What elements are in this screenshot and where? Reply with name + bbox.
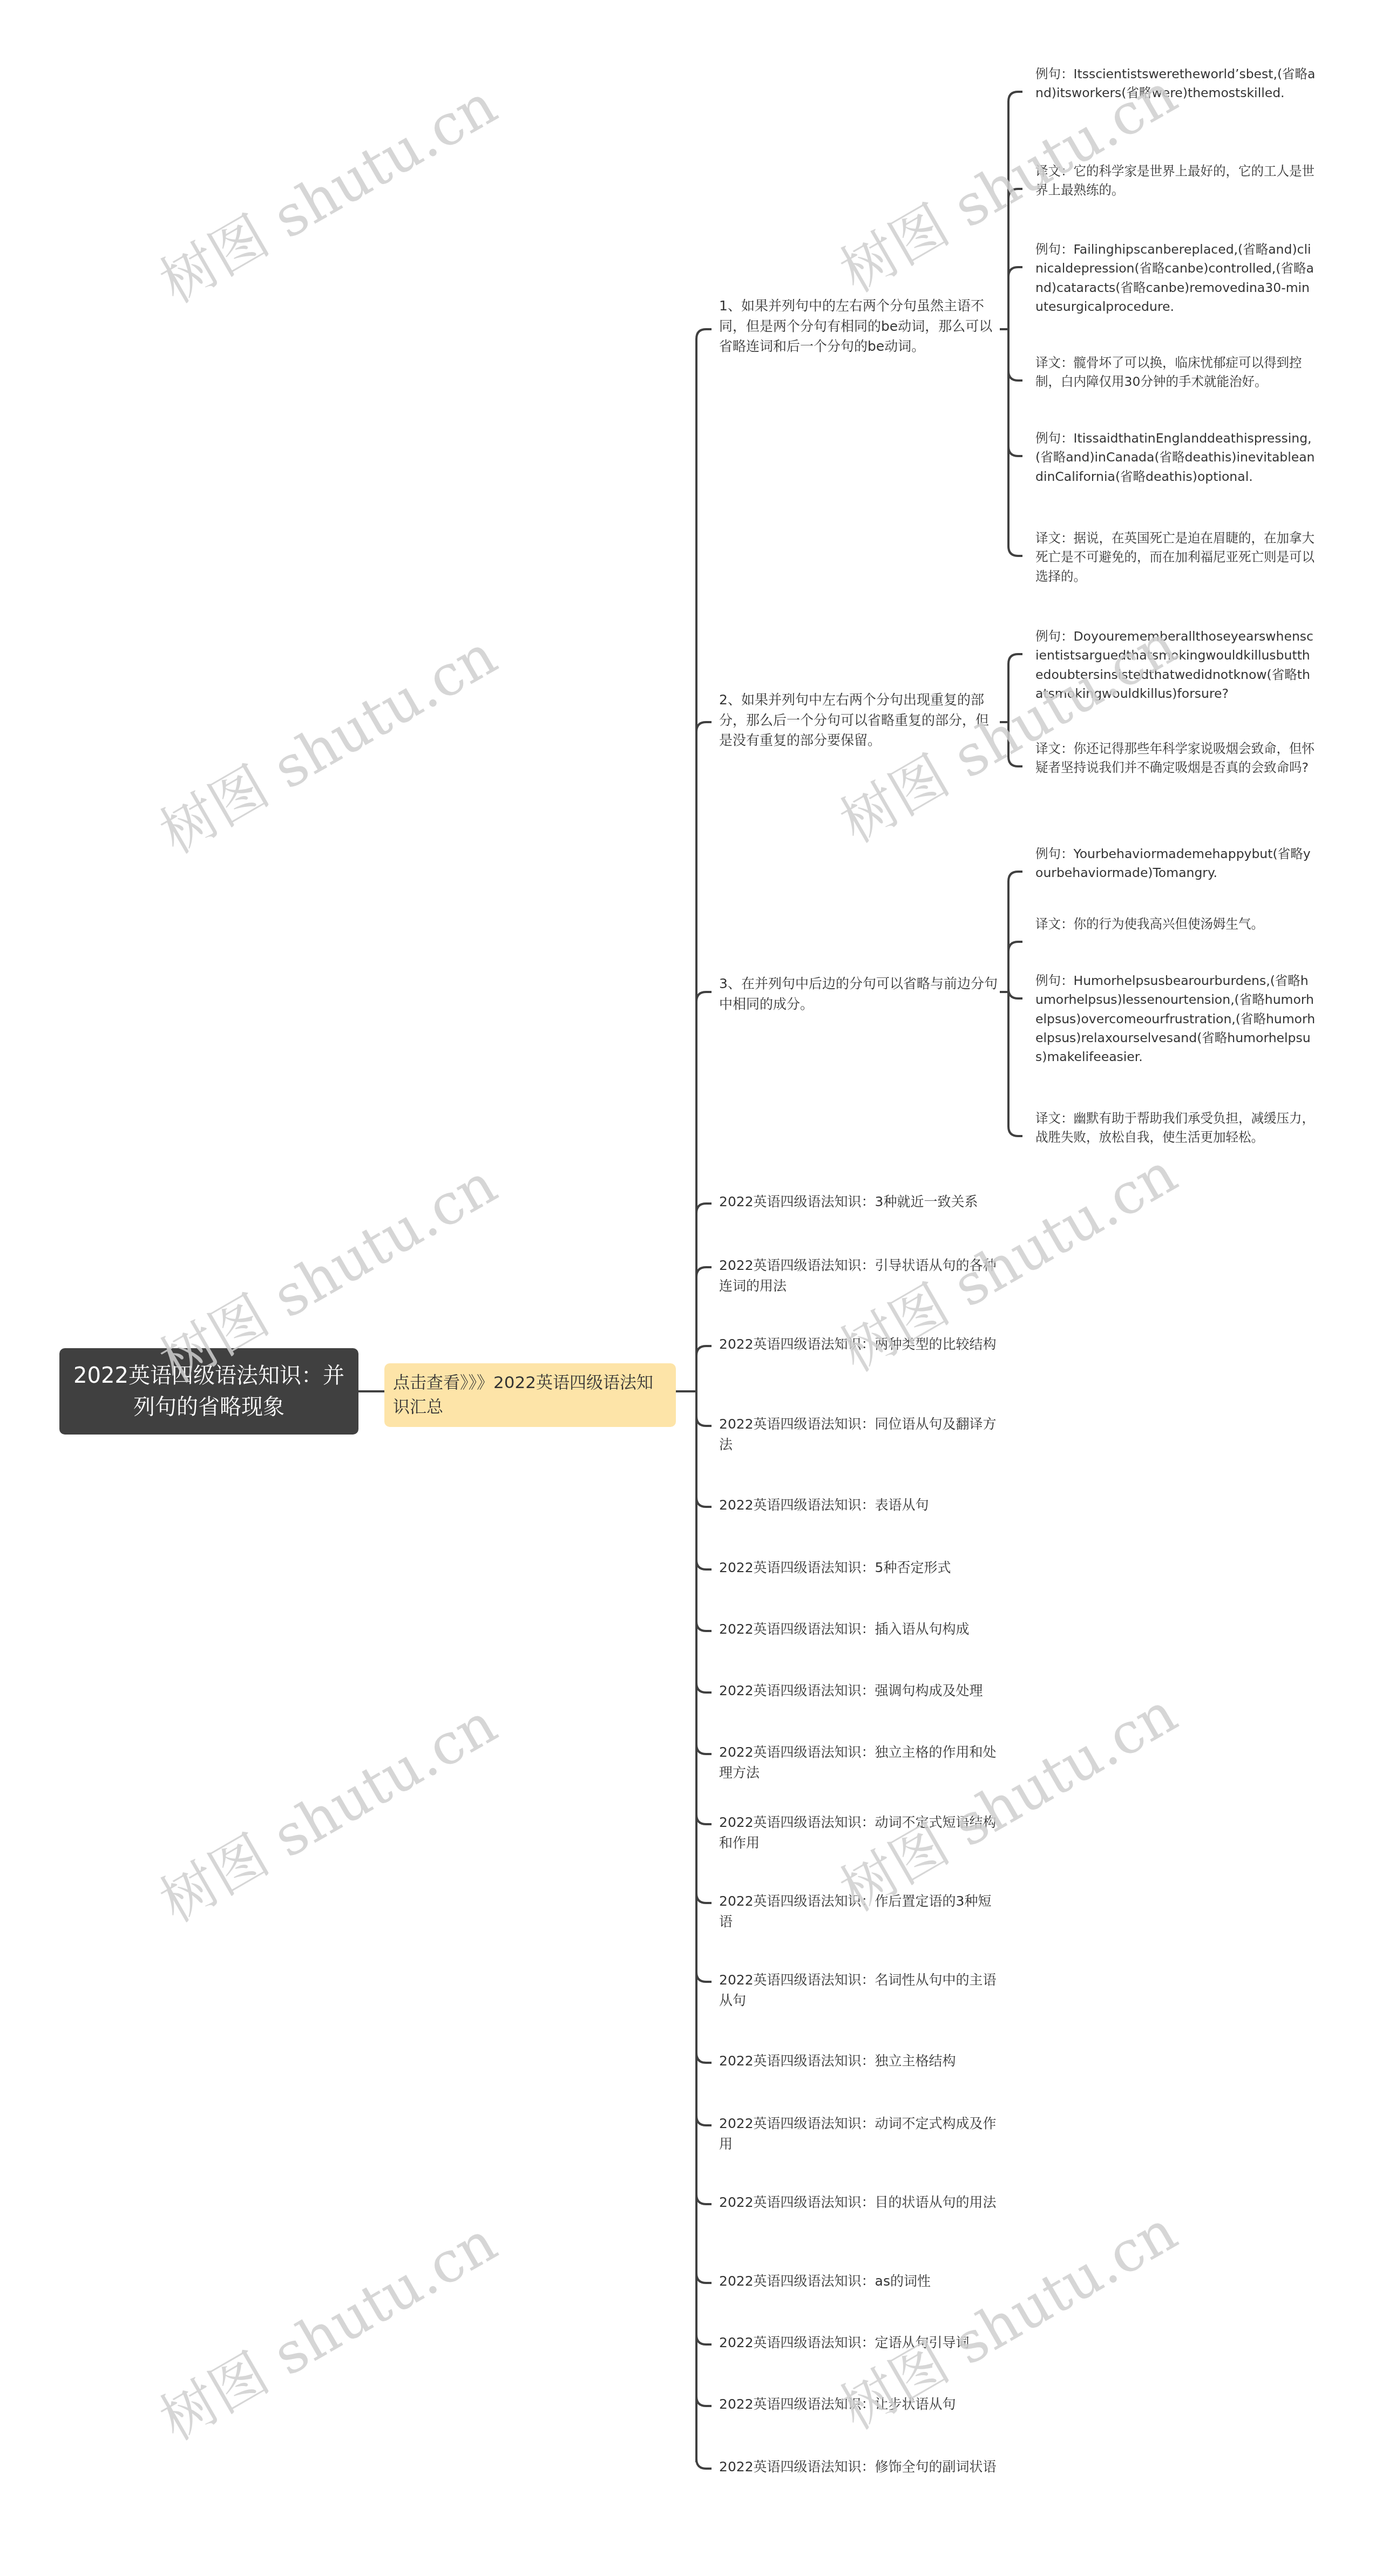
watermark: 树图 shutu.cn <box>143 1680 509 1938</box>
related-link-19-text: 2022英语四级语法知识：修饰全句的副词状语 <box>719 2459 997 2475</box>
related-link-13[interactable]: 2022英语四级语法知识：独立主格结构 <box>719 2051 1000 2071</box>
related-link-3-text: 2022英语四级语法知识：两种类型的比较结构 <box>719 1336 997 1352</box>
related-link-19[interactable]: 2022英语四级语法知识：修饰全句的副词状语 <box>719 2457 1000 2477</box>
hub-node-summary-link[interactable]: 点击查看》》》2022英语四级语法知识汇总 <box>384 1363 676 1427</box>
related-link-1[interactable]: 2022英语四级语法知识：3种就近一致关系 <box>719 1192 1000 1212</box>
rule-node-1[interactable]: 1、如果并列句中的左右两个分句虽然主语不同，但是两个分句有相同的be动词，那么可… <box>719 296 1000 357</box>
example-node-3-4-text: 译文：幽默有助于帮助我们承受负担，减缓压力，战胜失败，放松自我，使生活更加轻松。 <box>1035 1111 1315 1145</box>
related-link-8[interactable]: 2022英语四级语法知识：强调句构成及处理 <box>719 1681 1000 1701</box>
example-node-3-1[interactable]: 例句：Yourbehaviormademehappybut(省略yourbeha… <box>1035 845 1316 883</box>
related-link-15-text: 2022英语四级语法知识：目的状语从句的用法 <box>719 2194 997 2210</box>
related-link-5[interactable]: 2022英语四级语法知识：表语从句 <box>719 1495 1000 1515</box>
related-link-6-text: 2022英语四级语法知识：5种否定形式 <box>719 1560 951 1575</box>
related-link-8-text: 2022英语四级语法知识：强调句构成及处理 <box>719 1683 983 1698</box>
related-link-13-text: 2022英语四级语法知识：独立主格结构 <box>719 2053 956 2069</box>
related-link-10[interactable]: 2022英语四级语法知识：动词不定式短语结构和作用 <box>719 1812 1000 1853</box>
example-node-1-5[interactable]: 例句：ItissaidthatinEnglanddeathispressing,… <box>1035 429 1316 486</box>
root-node[interactable]: 2022英语四级语法知识：并列句的省略现象 <box>59 1348 358 1435</box>
example-node-1-6[interactable]: 译文：据说，在英国死亡是迫在眉睫的，在加拿大死亡是不可避免的，而在加利福尼亚死亡… <box>1035 529 1316 586</box>
related-link-16[interactable]: 2022英语四级语法知识：as的词性 <box>719 2271 1000 2292</box>
related-link-9[interactable]: 2022英语四级语法知识：独立主格的作用和处理方法 <box>719 1742 1000 1783</box>
watermark: 树图 shutu.cn <box>143 611 509 869</box>
related-link-7-text: 2022英语四级语法知识：插入语从句构成 <box>719 1621 970 1637</box>
related-link-6[interactable]: 2022英语四级语法知识：5种否定形式 <box>719 1558 1000 1578</box>
example-node-3-2-text: 译文：你的行为使我高兴但使汤姆生气。 <box>1035 916 1264 932</box>
example-node-1-2-text: 译文：它的科学家是世界上最好的，它的工人是世界上最熟练的。 <box>1035 164 1315 198</box>
related-link-18-text: 2022英语四级语法知识：让步状语从句 <box>719 2396 956 2412</box>
example-node-3-3-text: 例句：Humorhelpsusbearourburdens,(省略humorhe… <box>1035 973 1315 1064</box>
example-node-2-2[interactable]: 译文：你还记得那些年科学家说吸烟会致命，但怀疑者坚持说我们并不确定吸烟是否真的会… <box>1035 739 1316 778</box>
example-node-3-2[interactable]: 译文：你的行为使我高兴但使汤姆生气。 <box>1035 915 1316 934</box>
example-node-1-5-text: 例句：ItissaidthatinEnglanddeathispressing,… <box>1035 431 1315 484</box>
watermark: 树图 shutu.cn <box>143 60 509 318</box>
related-link-12[interactable]: 2022英语四级语法知识：名词性从句中的主语从句 <box>719 1970 1000 2010</box>
related-link-7[interactable]: 2022英语四级语法知识：插入语从句构成 <box>719 1619 1000 1640</box>
rule-node-1-text: 1、如果并列句中的左右两个分句虽然主语不同，但是两个分句有相同的be动词，那么可… <box>719 298 992 354</box>
related-link-4-text: 2022英语四级语法知识：同位语从句及翻译方法 <box>719 1416 997 1452</box>
example-node-1-3[interactable]: 例句：Failinghipscanbereplaced,(省略and)clini… <box>1035 240 1316 316</box>
example-node-1-4-text: 译文：髋骨坏了可以换，临床忧郁症可以得到控制，白内障仅用30分钟的手术就能治好。 <box>1035 355 1302 389</box>
related-link-11[interactable]: 2022英语四级语法知识：作后置定语的3种短语 <box>719 1891 1000 1932</box>
example-node-1-6-text: 译文：据说，在英国死亡是迫在眉睫的，在加拿大死亡是不可避免的，而在加利福尼亚死亡… <box>1035 531 1315 584</box>
mind-map-canvas: 2022英语四级语法知识：并列句的省略现象 点击查看》》》2022英语四级语法知… <box>0 0 1382 2576</box>
hub-label: 点击查看》》》2022英语四级语法知识汇总 <box>393 1373 653 1417</box>
related-link-15[interactable]: 2022英语四级语法知识：目的状语从句的用法 <box>719 2192 1000 2213</box>
related-link-10-text: 2022英语四级语法知识：动词不定式短语结构和作用 <box>719 1814 997 1851</box>
watermark: 树图 shutu.cn <box>143 2198 509 2456</box>
related-link-14[interactable]: 2022英语四级语法知识：动词不定式构成及作用 <box>719 2113 1000 2154</box>
related-link-2[interactable]: 2022英语四级语法知识：引导状语从句的各种连词的用法 <box>719 1255 1000 1296</box>
related-link-12-text: 2022英语四级语法知识：名词性从句中的主语从句 <box>719 1972 997 2008</box>
example-node-2-1[interactable]: 例句：Doyourememberallthoseyearswhenscienti… <box>1035 627 1316 703</box>
root-title: 2022英语四级语法知识：并列句的省略现象 <box>72 1360 345 1423</box>
related-link-16-text: 2022英语四级语法知识：as的词性 <box>719 2273 931 2289</box>
related-link-18[interactable]: 2022英语四级语法知识：让步状语从句 <box>719 2394 1000 2415</box>
related-link-1-text: 2022英语四级语法知识：3种就近一致关系 <box>719 1194 978 1209</box>
example-node-1-1[interactable]: 例句：Itsscientistsweretheworld’sbest,(省略an… <box>1035 65 1316 103</box>
related-link-14-text: 2022英语四级语法知识：动词不定式构成及作用 <box>719 2116 997 2152</box>
example-node-1-1-text: 例句：Itsscientistsweretheworld’sbest,(省略an… <box>1035 66 1316 100</box>
related-link-9-text: 2022英语四级语法知识：独立主格的作用和处理方法 <box>719 1744 997 1780</box>
related-link-17[interactable]: 2022英语四级语法知识：定语从句引导词 <box>719 2333 1000 2353</box>
example-node-1-4[interactable]: 译文：髋骨坏了可以换，临床忧郁症可以得到控制，白内障仅用30分钟的手术就能治好。 <box>1035 354 1316 392</box>
related-link-4[interactable]: 2022英语四级语法知识：同位语从句及翻译方法 <box>719 1414 1000 1454</box>
related-link-5-text: 2022英语四级语法知识：表语从句 <box>719 1497 929 1513</box>
related-link-11-text: 2022英语四级语法知识：作后置定语的3种短语 <box>719 1893 992 1929</box>
watermark: 树图 shutu.cn <box>823 1669 1189 1927</box>
rule-node-2[interactable]: 2、如果并列句中左右两个分句出现重复的部分，那么后一个分句可以省略重复的部分，但… <box>719 690 1000 751</box>
example-node-3-3[interactable]: 例句：Humorhelpsusbearourburdens,(省略humorhe… <box>1035 971 1316 1066</box>
example-node-1-2[interactable]: 译文：它的科学家是世界上最好的，它的工人是世界上最熟练的。 <box>1035 162 1316 200</box>
example-node-3-1-text: 例句：Yourbehaviormademehappybut(省略yourbeha… <box>1035 846 1311 880</box>
related-link-17-text: 2022英语四级语法知识：定语从句引导词 <box>719 2335 970 2350</box>
example-node-1-3-text: 例句：Failinghipscanbereplaced,(省略and)clini… <box>1035 242 1314 314</box>
rule-node-3[interactable]: 3、在并列句中后边的分句可以省略与前边分句中相同的成分。 <box>719 974 1000 1014</box>
example-node-3-4[interactable]: 译文：幽默有助于帮助我们承受负担，减缓压力，战胜失败，放松自我，使生活更加轻松。 <box>1035 1109 1316 1147</box>
rule-node-2-text: 2、如果并列句中左右两个分句出现重复的部分，那么后一个分句可以省略重复的部分，但… <box>719 692 989 748</box>
example-node-2-2-text: 译文：你还记得那些年科学家说吸烟会致命，但怀疑者坚持说我们并不确定吸烟是否真的会… <box>1035 741 1315 775</box>
rule-node-3-text: 3、在并列句中后边的分句可以省略与前边分句中相同的成分。 <box>719 976 998 1012</box>
related-link-2-text: 2022英语四级语法知识：引导状语从句的各种连词的用法 <box>719 1258 997 1294</box>
related-link-3[interactable]: 2022英语四级语法知识：两种类型的比较结构 <box>719 1334 1000 1355</box>
example-node-2-1-text: 例句：Doyourememberallthoseyearswhenscienti… <box>1035 629 1313 701</box>
